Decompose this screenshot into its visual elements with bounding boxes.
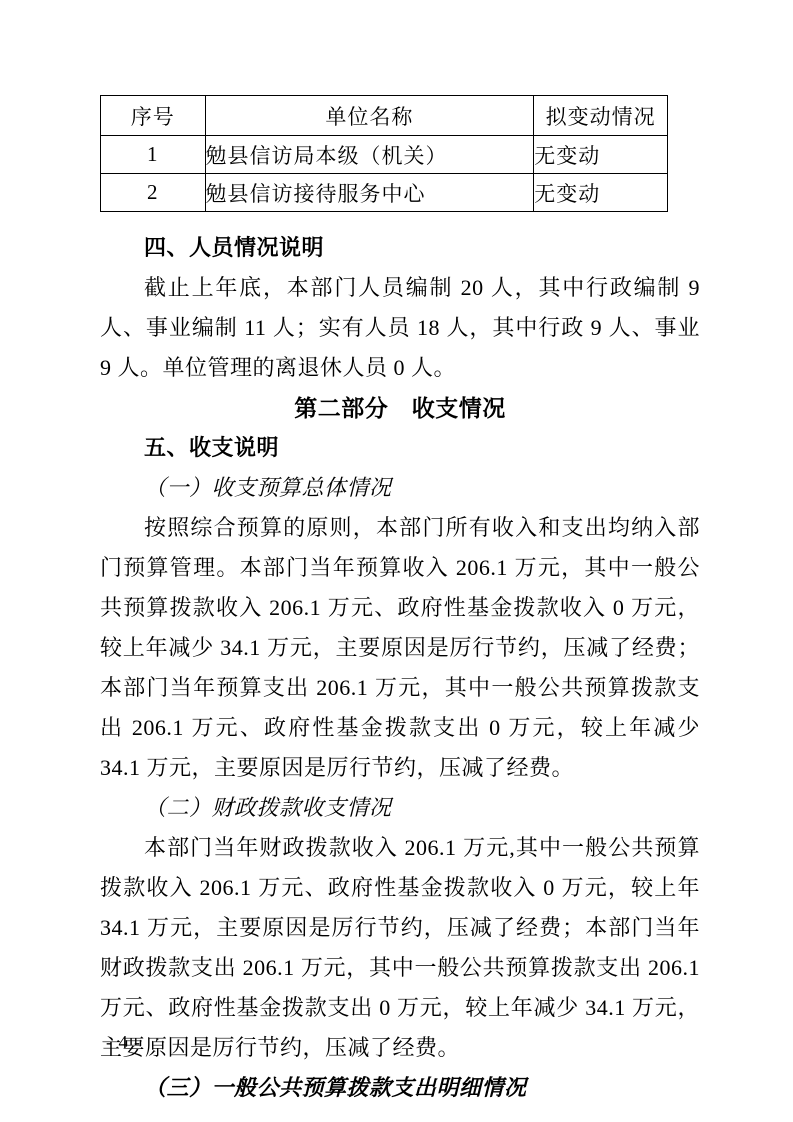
row-change: 无变动: [534, 174, 668, 212]
subsection-1-heading: （一）收支预算总体情况: [100, 468, 700, 508]
row-unit-name: 勉县信访局本级（机关）: [205, 136, 534, 174]
section-5-heading: 五、收支说明: [100, 428, 700, 468]
subsection-2-paragraph: 本部门当年财政拨款收入 206.1 万元,其中一般公共预算拨款收入 206.1 …: [100, 828, 700, 1068]
table-header-row: 序号 单位名称 拟变动情况: [101, 96, 668, 136]
section-4-heading: 四、人员情况说明: [100, 228, 700, 268]
row-index: 2: [101, 174, 206, 212]
row-unit-name: 勉县信访接待服务中心: [205, 174, 534, 212]
table-row: 2 勉县信访接待服务中心 无变动: [101, 174, 668, 212]
page-number: - 4 -: [106, 1032, 141, 1053]
part-2-heading: 第二部分 收支情况: [100, 388, 700, 428]
section-4-paragraph: 截止上年底，本部门人员编制 20 人，其中行政编制 9 人、事业编制 11 人；…: [100, 268, 700, 388]
row-change: 无变动: [534, 136, 668, 174]
document-page: 序号 单位名称 拟变动情况 1 勉县信访局本级（机关） 无变动 2 勉县信访接待…: [0, 0, 793, 1122]
table-header-unit-name: 单位名称: [205, 96, 534, 136]
table-header-index: 序号: [101, 96, 206, 136]
subsection-2-heading: （二）财政拨款收支情况: [100, 788, 700, 828]
document-content: 序号 单位名称 拟变动情况 1 勉县信访局本级（机关） 无变动 2 勉县信访接待…: [100, 95, 700, 1108]
subsection-3-heading: （三）一般公共预算拨款支出明细情况: [100, 1068, 700, 1108]
table-row: 1 勉县信访局本级（机关） 无变动: [101, 136, 668, 174]
table-header-change: 拟变动情况: [534, 96, 668, 136]
units-change-table: 序号 单位名称 拟变动情况 1 勉县信访局本级（机关） 无变动 2 勉县信访接待…: [100, 95, 668, 212]
row-index: 1: [101, 136, 206, 174]
subsection-1-paragraph: 按照综合预算的原则，本部门所有收入和支出均纳入部门预算管理。本部门当年预算收入 …: [100, 508, 700, 788]
